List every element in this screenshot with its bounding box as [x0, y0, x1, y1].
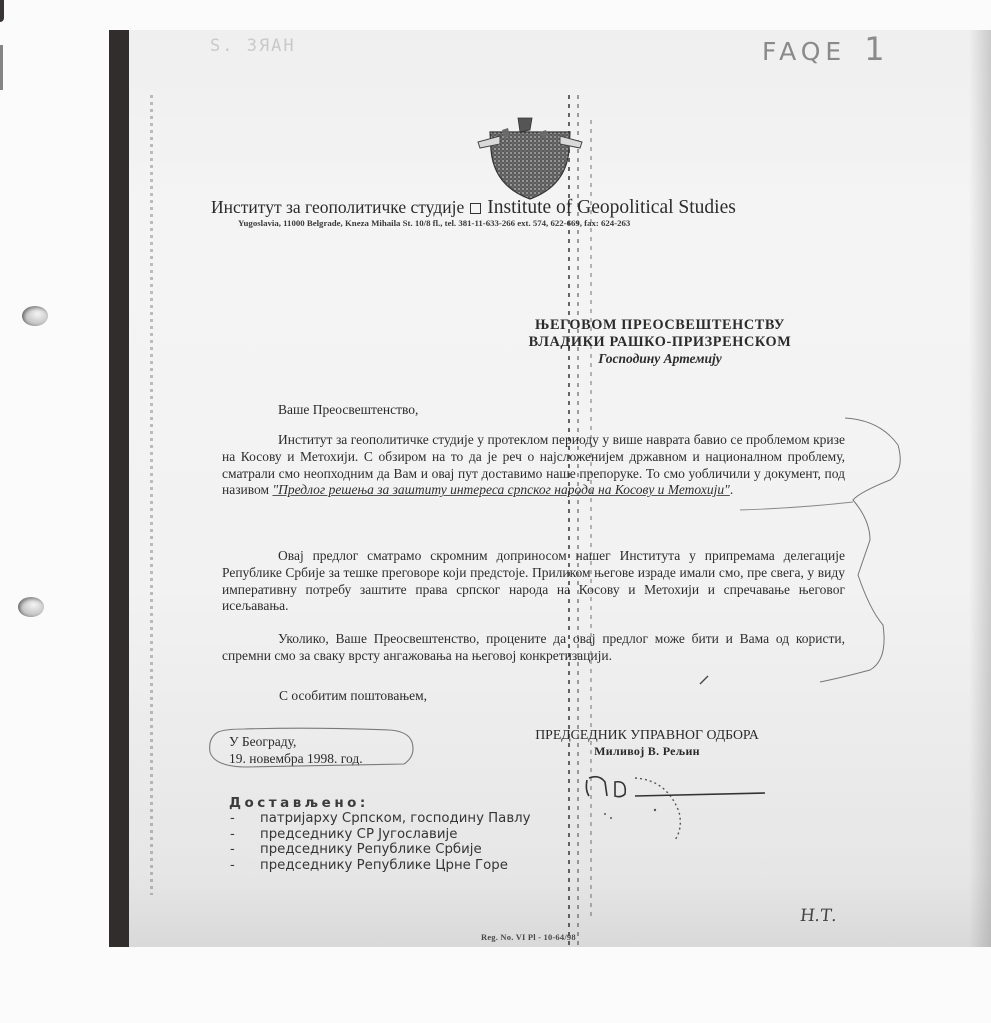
scan-artifact-line: [150, 95, 153, 895]
addressee-line-3: Господину Артемију: [470, 351, 850, 367]
binder-edge-mark: [0, 45, 3, 90]
handwritten-signature-icon: [575, 760, 775, 845]
signatory-title: ПРЕДСЕДНИК УПРАВНОГ ОДБОРА: [487, 727, 807, 743]
faint-stamp-text: S. 3ЯАН: [210, 36, 296, 56]
distribution-recipient: -председнику СР Југославије: [230, 827, 531, 843]
page-marker: FAQE1: [762, 30, 890, 68]
document-title-reference: "Предлог решења за заштиту интереса српс…: [272, 482, 729, 497]
crest-shield-icon: [470, 100, 590, 205]
paragraph-text: Уколико, Ваше Преосвештенство, процените…: [222, 631, 845, 663]
addressee-line-1: ЊЕГОВОМ ПРЕОСВЕШТЕНСТВУ: [470, 317, 850, 334]
body-paragraph-1: Институт за геополитичке студије у проте…: [222, 432, 845, 499]
distribution-recipient: -председнику Републике Србије: [230, 842, 531, 858]
institute-name-cyrillic: Институт за геополитичке студије: [211, 197, 464, 217]
registration-number: Reg. No. VI Pl - 10-64/98: [481, 932, 576, 942]
handdrawn-oval-icon: [204, 726, 419, 772]
addressee-block: ЊЕГОВОМ ПРЕОСВЕШТЕНСТВУ ВЛАДИКИ РАШКО-ПР…: [470, 317, 850, 367]
letterhead-address: Yugoslavia, 11000 Belgrade, Kneza Mihail…: [238, 218, 630, 228]
paragraph-text-end: .: [730, 482, 733, 497]
paragraph-text: Овај предлог сматрамо скромним доприносо…: [222, 548, 845, 613]
handwritten-initials: Н.Т.: [799, 906, 838, 926]
distribution-recipient: -патријарху Српском, господину Павлу: [230, 811, 531, 827]
page-marker-number: 1: [864, 30, 889, 68]
distribution-recipient: -председнику Републике Црне Горе: [230, 858, 531, 874]
letterhead-title: Институт за геополитичке студијеInstitut…: [211, 197, 736, 219]
distribution-list: -патријарху Српском, господину Павлу -пр…: [230, 811, 531, 873]
distribution-heading: Достављено:: [229, 795, 369, 811]
punch-hole: [22, 306, 48, 326]
punch-hole: [18, 597, 44, 617]
signatory-block: ПРЕДСЕДНИК УПРАВНОГ ОДБОРА Миливој В. Ре…: [487, 727, 807, 759]
signatory-name: Миливој В. Рељин: [487, 743, 807, 759]
body-paragraph-3: Уколико, Ваше Преосвештенство, процените…: [222, 631, 845, 665]
page-spine: [109, 30, 129, 947]
body-paragraph-2: Овај предлог сматрамо скромним доприносо…: [222, 548, 845, 615]
page-marker-label: FAQE: [762, 37, 846, 66]
separator-box-icon: [470, 203, 481, 214]
salutation: Ваше Преосвештенство,: [278, 402, 418, 418]
closing-line: С особитим поштовањем,: [279, 688, 427, 704]
page-edge-shadow: [969, 30, 991, 947]
binder-edge-mark: [0, 0, 4, 22]
place-date-block: У Београду, 19. новембра 1998. год.: [210, 730, 413, 768]
institute-name-english: Institute of Geopolitical Studies: [487, 197, 736, 218]
addressee-line-2: ВЛАДИКИ РАШКО-ПРИЗРЕНСКОМ: [470, 334, 850, 351]
